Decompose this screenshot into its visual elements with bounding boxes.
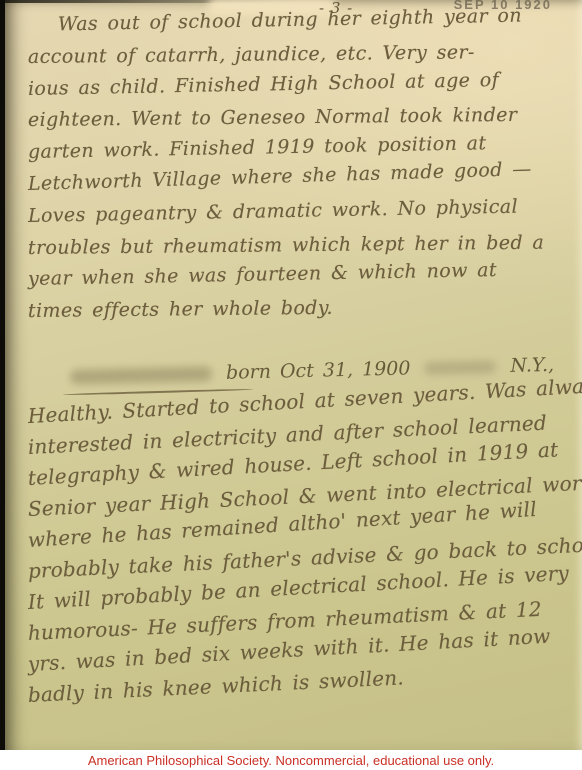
handwritten-line: year when she was fourteen & which now a… xyxy=(28,258,576,291)
state-text: N.Y., xyxy=(510,354,554,377)
handwritten-line: eighteen. Went to Geneseo Normal took ki… xyxy=(28,104,576,133)
paper: - 3 - SEP 10 1920 Was out of school duri… xyxy=(5,0,582,750)
handwritten-line: troubles but rheumatism which kept her i… xyxy=(28,231,576,260)
handwritten-line: Loves pageantry & dramatic work. No phys… xyxy=(28,194,576,227)
redacted-name-smudge xyxy=(70,366,212,384)
handwritten-line: Was out of school during her eighth year… xyxy=(28,3,576,36)
paragraph-female: Was out of school during her eighth year… xyxy=(28,14,576,332)
scanned-document-page: - 3 - SEP 10 1920 Was out of school duri… xyxy=(0,0,582,770)
paragraph-male: Healthy. Started to school at seven year… xyxy=(28,404,576,714)
handwritten-line: times effects her whole body. xyxy=(28,294,576,323)
footer-caption-bar: American Philosophical Society. Noncomme… xyxy=(0,750,582,770)
handwritten-line: account of catarrh, jaundice, etc. Very … xyxy=(28,40,576,69)
handwritten-line: ious as child. Finished High School at a… xyxy=(28,67,576,100)
born-date-text: born Oct 31, 1900 xyxy=(226,357,411,384)
handwritten-line: Letchworth Village where she has made go… xyxy=(28,157,576,196)
footer-caption: American Philosophical Society. Noncomme… xyxy=(88,753,494,768)
redacted-place-smudge xyxy=(424,360,496,375)
